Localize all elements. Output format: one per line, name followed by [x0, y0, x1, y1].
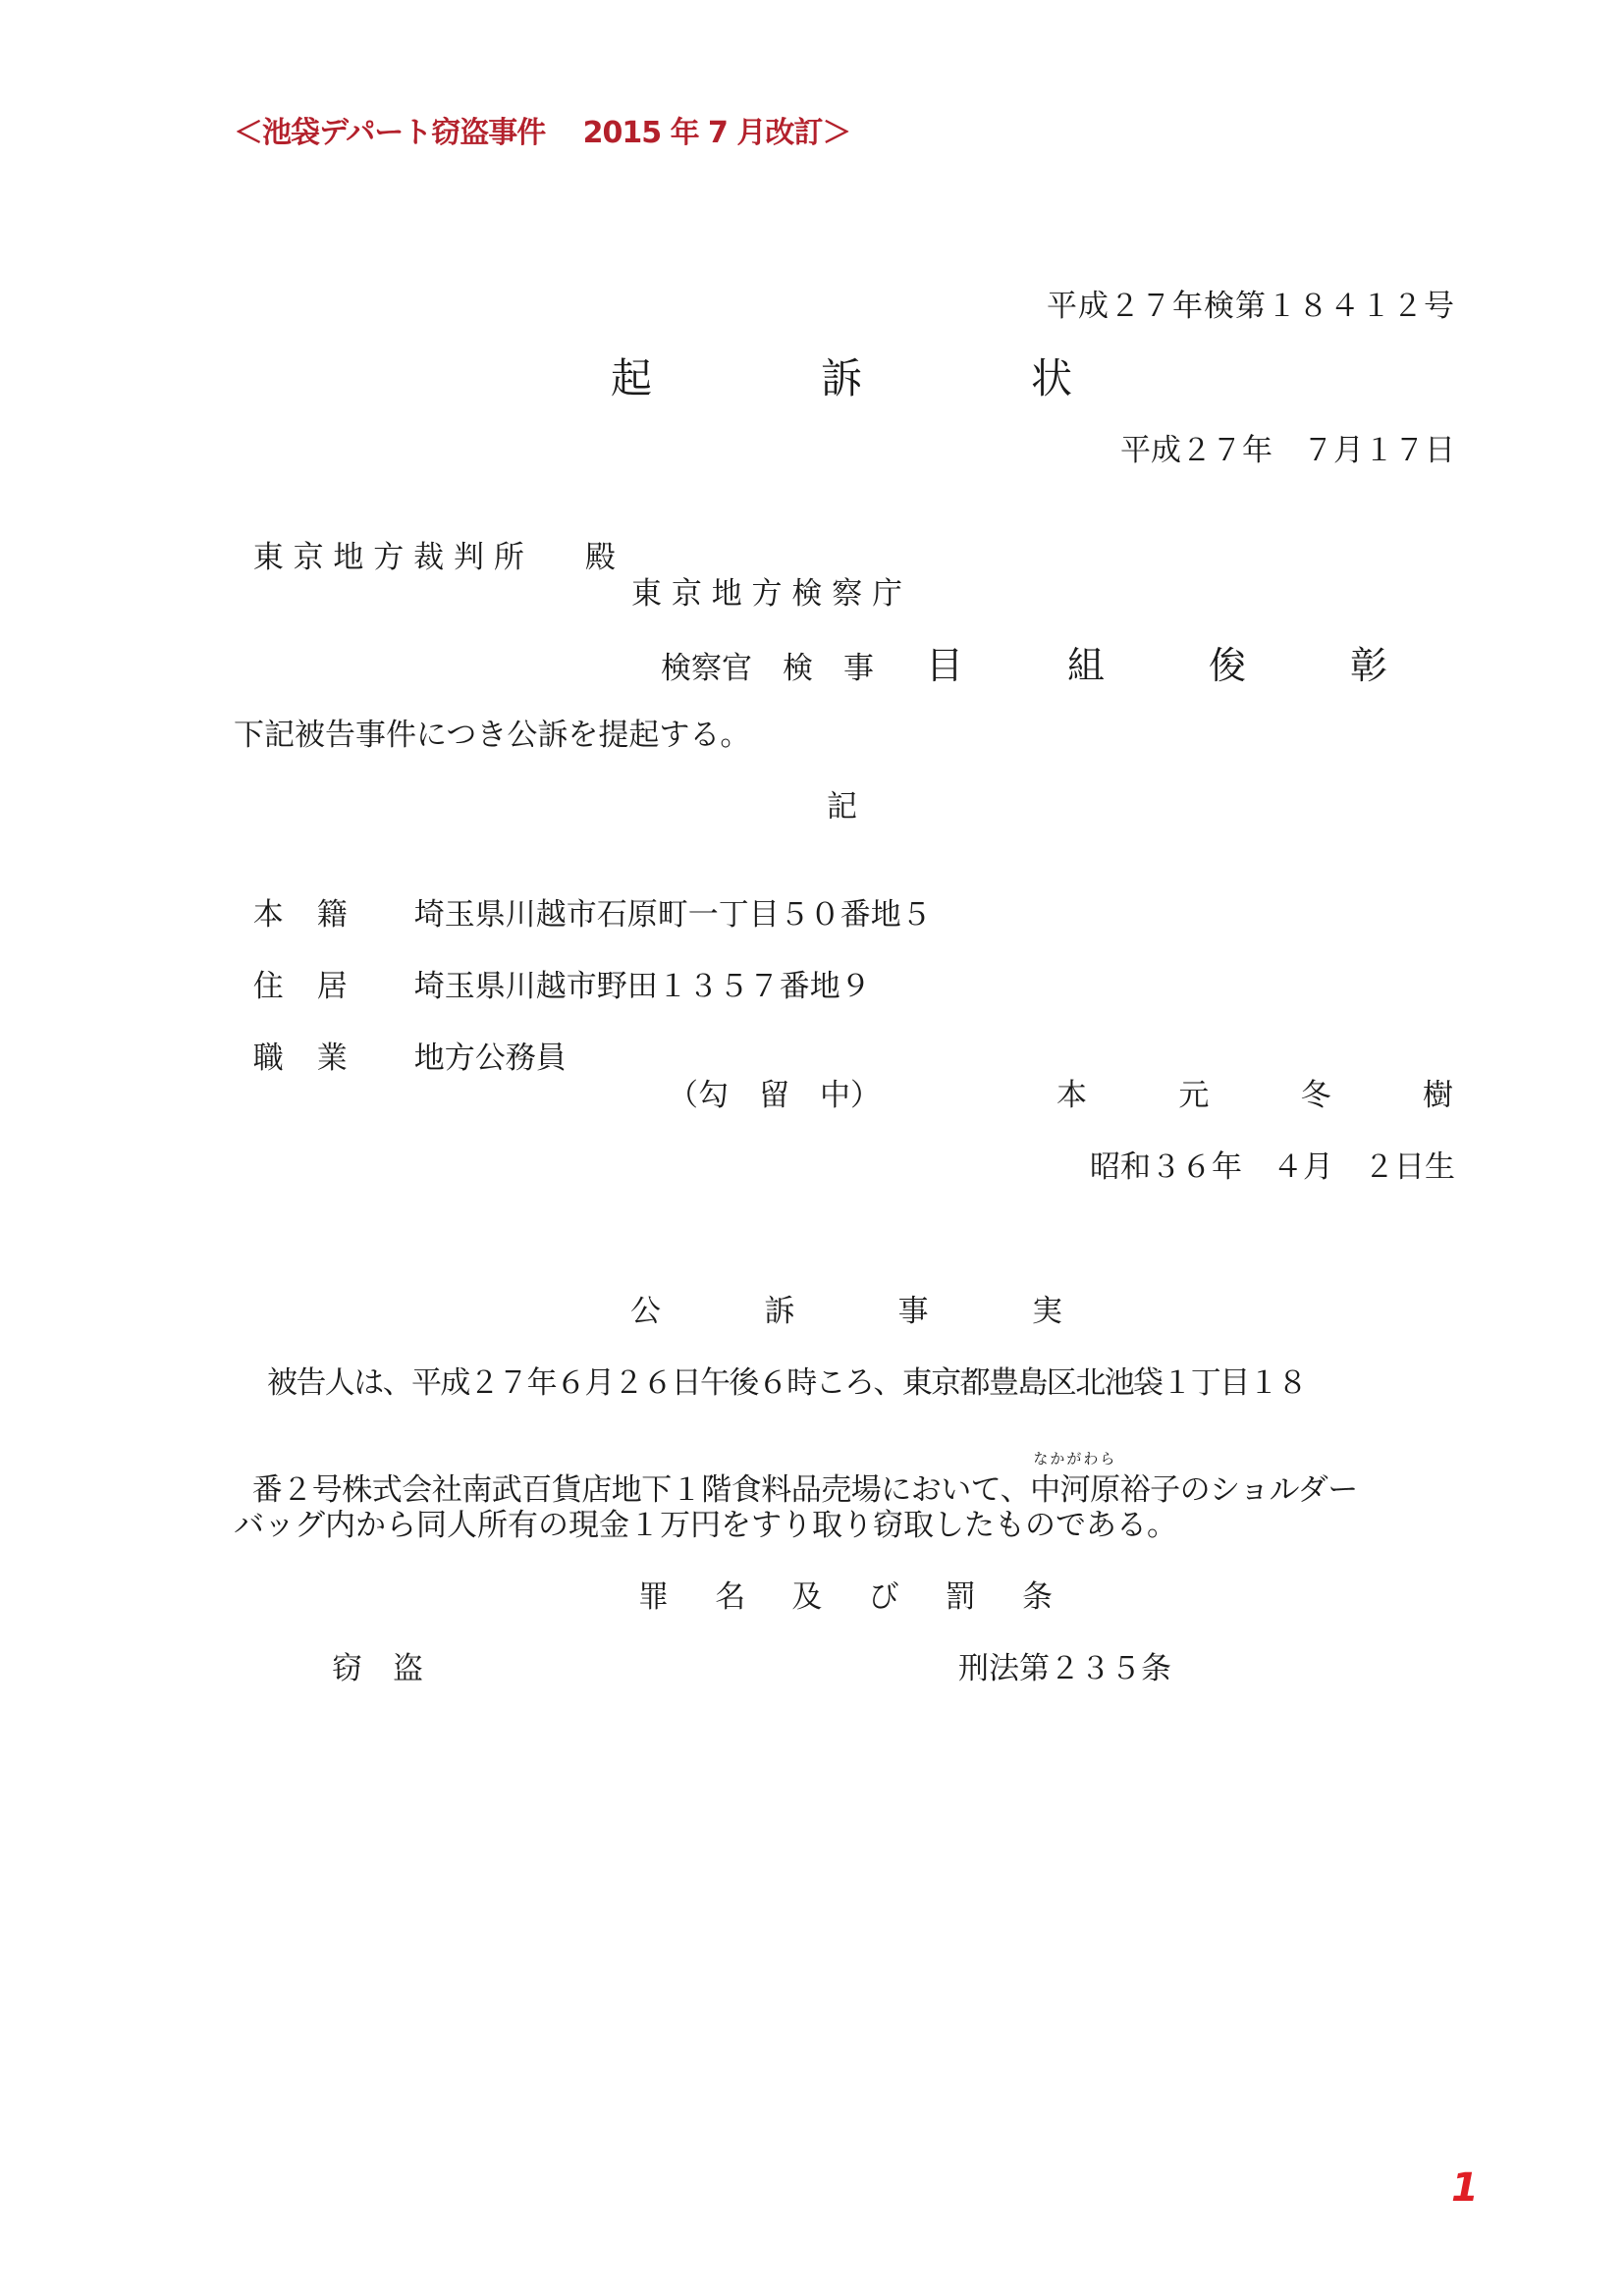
heading-char: 訴: [764, 1294, 794, 1329]
field-label: 職: [253, 1041, 284, 1076]
prosecutor-role: 検察官 検 事: [661, 651, 926, 686]
sender-office: 東 京 地 方 検 察 庁: [631, 576, 902, 612]
field-label: 住: [253, 969, 284, 1004]
statute: 刑法第２３５条: [958, 1651, 1171, 1686]
defendant-name: 本 元 冬 樹: [1056, 1078, 1453, 1113]
name-char: 彰: [1350, 644, 1387, 687]
furigana: なかがわら: [1030, 1451, 1120, 1467]
document-date: 平成２７年 ７月１７日: [1120, 433, 1455, 468]
field-label: 居: [317, 969, 348, 1004]
heading-char: 罪: [638, 1579, 669, 1615]
heading-char: 条: [1022, 1579, 1053, 1615]
facts-line-1: 被告人は、平成２７年６月２６日午後６時ころ、東京都豊島区北池袋１丁目１８: [267, 1365, 1306, 1401]
crime-name: 窃 盗: [332, 1651, 423, 1686]
facts-heading: 公 訴 事 実: [630, 1294, 1062, 1329]
field-label: 本: [253, 897, 284, 933]
case-number: 平成２７年検第１８４１２号: [1047, 289, 1455, 324]
heading-char: 罰: [946, 1579, 976, 1615]
name-char: 目: [926, 644, 963, 687]
heading-char: 実: [1032, 1294, 1062, 1329]
header-note: ＜池袋デパート窃盗事件 2015 年 7 月改訂＞: [234, 116, 850, 151]
title-char: 状: [1031, 355, 1072, 402]
facts-line-2: 番２号株式会社南武百貨店地下１階食料品売場において、なかがわら中河原裕子のショル…: [234, 1437, 1358, 1508]
field-value: 地方公務員: [414, 1041, 567, 1076]
addressee-honorific: 殿: [585, 540, 616, 575]
title-char: 訴: [821, 355, 862, 402]
name-char: 冬: [1301, 1078, 1331, 1113]
field-label: 籍: [317, 897, 348, 933]
addressee: 東 京 地 方 裁 判 所殿: [234, 505, 616, 575]
document-title: 起 訴 状: [611, 355, 1072, 402]
victim-surname: なかがわら中河原: [1030, 1472, 1120, 1508]
defendant-field-jukyo: 住居埼玉県川越市野田１３５７番地９: [234, 934, 871, 1004]
name-char: 元: [1178, 1078, 1209, 1113]
defendant-field-shokugyo: 職業地方公務員: [234, 1005, 567, 1076]
name-char: 本: [1056, 1078, 1087, 1113]
facts-line-2-before: 番２号株式会社南武百貨店地下１階食料品売場において、: [252, 1472, 1030, 1508]
page-number: 1: [1451, 2165, 1479, 2211]
field-value: 埼玉県川越市石原町一丁目５０番地５: [414, 897, 932, 933]
name-char: 組: [1067, 644, 1105, 687]
facts-line-3: バッグ内から同人所有の現金１万円をすり取り窃取したものである。: [234, 1508, 1177, 1543]
facts-line-2-after: 裕子のショルダー: [1120, 1472, 1358, 1508]
heading-char: び: [869, 1579, 899, 1615]
charges-heading: 罪 名 及 び 罰 条: [638, 1579, 1053, 1615]
name-char: 樹: [1423, 1078, 1453, 1113]
intro-sentence: 下記被告事件につき公訴を提起する。: [234, 718, 750, 753]
defendant-field-honseki: 本籍埼玉県川越市石原町一丁目５０番地５: [234, 862, 932, 933]
name-char: 俊: [1209, 644, 1246, 687]
heading-char: 名: [715, 1579, 745, 1615]
custody-status: （勾 留 中）: [668, 1078, 881, 1113]
prosecutor-name: 目 組 俊 彰: [926, 644, 1387, 687]
addressee-court: 東 京 地 方 裁 判 所: [253, 540, 524, 575]
field-value: 埼玉県川越市野田１３５７番地９: [414, 969, 871, 1004]
ki-heading: 記: [827, 789, 857, 825]
heading-char: 及: [791, 1579, 822, 1615]
field-label: 業: [317, 1041, 348, 1076]
heading-char: 事: [898, 1294, 929, 1329]
defendant-birthdate: 昭和３６年 ４月 ２日生: [1090, 1149, 1455, 1185]
heading-char: 公: [630, 1294, 661, 1329]
sender-prosecutor: 検察官 検 事 目 組 俊 彰: [661, 644, 1387, 687]
ruby-base: 中河原: [1030, 1472, 1120, 1508]
title-char: 起: [611, 355, 652, 402]
